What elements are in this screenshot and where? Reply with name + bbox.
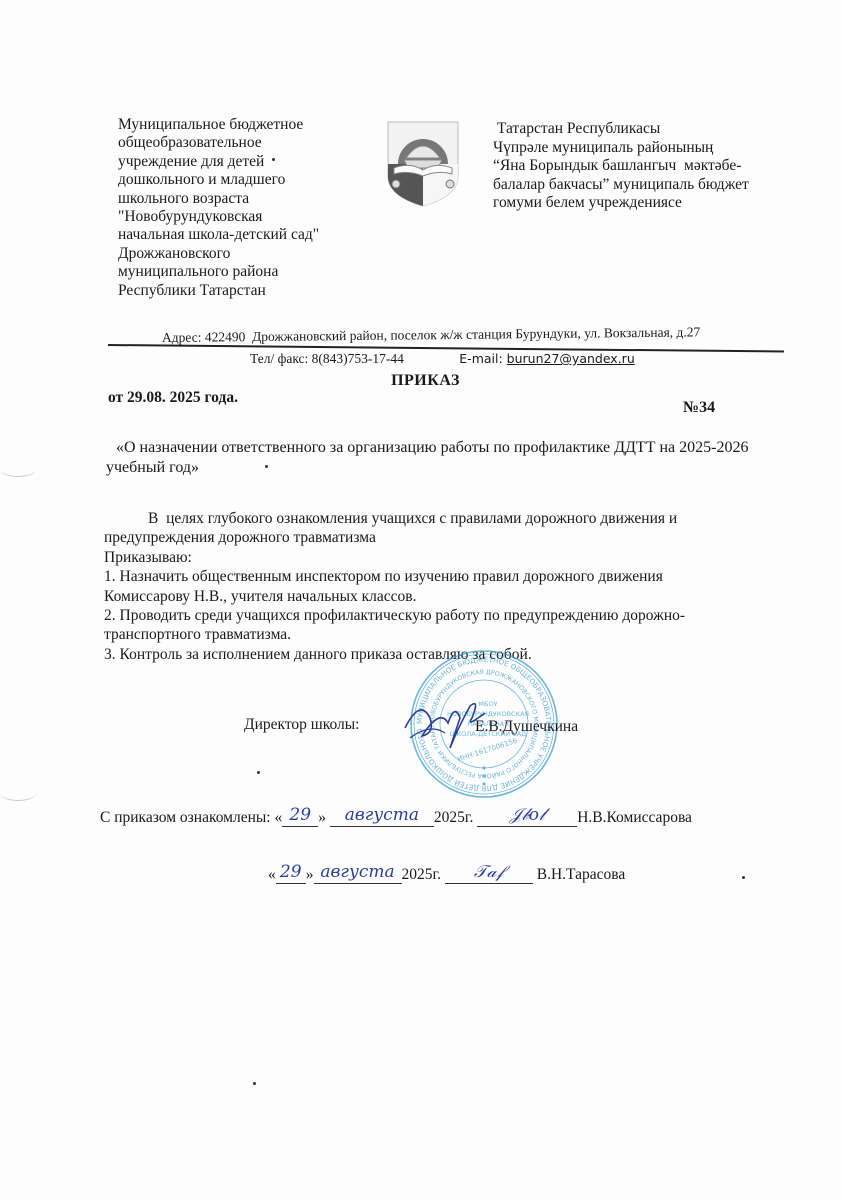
order-item-2: 2. Проводить среди учащихся профилактиче… [104, 606, 804, 625]
header-line: Республики Татарстан [118, 282, 388, 300]
scan-speck [253, 1082, 256, 1085]
day-field[interactable]: 29 [276, 865, 306, 884]
quote-close: » [318, 809, 326, 826]
ack-label: С приказом ознакомлены: [100, 809, 274, 826]
header-line: муниципального района [118, 263, 388, 281]
director-name: Е.В.Душечкина [475, 718, 578, 736]
phone-fax: Тел/ факс: 8(843)753-17-44 [250, 351, 404, 366]
document-title: ПРИКАЗ [0, 372, 841, 390]
header-line: школьного возраста [118, 190, 388, 208]
org-name-tatar: Татарстан Республикасы Чүпрәле муниципал… [493, 120, 813, 213]
scan-speck [265, 465, 268, 468]
header-line: балалар бакчасы” муниципаль бюджет [493, 176, 813, 195]
header-line: дошкольного и младшего [118, 171, 388, 189]
handwritten-month: августа [330, 805, 434, 825]
order-date: от 29.08. 2025 года. [108, 389, 238, 407]
employee-name: В.Н.Тарасова [537, 866, 626, 883]
order-subject: «О назначении ответственного за организа… [106, 438, 806, 478]
quote-open: « [274, 809, 282, 826]
contacts-line: Тел/ факс: 8(843)753-17-44 E-mail: burun… [250, 351, 635, 367]
header-line: Дрожжановского [118, 245, 388, 263]
header-line: "Новобурундуковская [118, 208, 388, 226]
year-text: 2025г. [402, 866, 441, 883]
order-item-1: 1. Назначить общественным инспектором по… [104, 567, 804, 586]
org-name-russian: Муниципальное бюджетное общеобразователь… [118, 116, 388, 300]
header-line: Чүпрәле муниципаль районының [493, 139, 813, 158]
month-field[interactable]: августа [330, 808, 434, 827]
header-line: Татарстан Республикасы [493, 120, 813, 139]
handwritten-signature: 𝒯𝒶𝒻 [445, 862, 533, 882]
header-line: учреждение для детей [118, 153, 388, 171]
handwritten-signature: 𝒥𝒷𝑜𝓁 [477, 805, 577, 825]
punch-hole-mark [0, 462, 36, 477]
order-body: В целях глубокого ознакомления учащихся … [104, 509, 804, 664]
preamble-cont: предупреждения дорожного травматизма [104, 528, 804, 547]
header-line: “Яна Борындык башлангыч мәктәбе- [493, 157, 813, 176]
preamble: В целях глубокого ознакомления учащихся … [104, 509, 804, 528]
quote-open: « [268, 866, 276, 883]
order-item-2-cont: транспортного травматизма. [104, 625, 804, 644]
email-link[interactable]: burun27@yandex.ru [507, 351, 635, 366]
handwritten-day: 29 [276, 862, 306, 882]
header-line: Муниципальное бюджетное [118, 116, 388, 134]
signature-field[interactable]: 𝒯𝒶𝒻 [445, 865, 533, 884]
year-text: 2025г. [434, 809, 473, 826]
handwritten-day: 29 [282, 805, 318, 825]
day-field[interactable]: 29 [282, 808, 318, 827]
acknowledgement-row: С приказом ознакомлены: «29 » августа 20… [100, 808, 692, 827]
scan-speck [257, 771, 260, 774]
address-line: Адрес: 422490 Дрожжановский район, посел… [162, 324, 700, 346]
month-field[interactable]: августа [314, 865, 402, 884]
employee-name: Н.В.Комиссарова [577, 809, 692, 826]
handwritten-month: августа [314, 862, 402, 882]
header-line: начальная школа-детский сад" [118, 226, 388, 244]
signature-field[interactable]: 𝒥𝒷𝑜𝓁 [477, 808, 577, 827]
director-role: Директор школы: [244, 716, 359, 734]
order-number: №34 [683, 399, 715, 417]
scan-speck [742, 876, 745, 879]
order-item-1-cont: Комиссарову Н.В., учителя начальных клас… [104, 587, 804, 606]
punch-hole-mark [0, 786, 36, 801]
coat-of-arms-icon [380, 112, 466, 208]
email-label: E-mail: [459, 351, 506, 366]
order-word: Приказываю: [104, 548, 804, 567]
acknowledgement-row: «29 »августа 2025г. 𝒯𝒶𝒻 В.Н.Тарасова [268, 865, 625, 884]
quote-close: » [306, 866, 314, 883]
header-line: гомуми белем учреждениясе [493, 194, 813, 213]
scan-speck [272, 158, 275, 161]
header-line: общеобразовательное [118, 134, 388, 152]
